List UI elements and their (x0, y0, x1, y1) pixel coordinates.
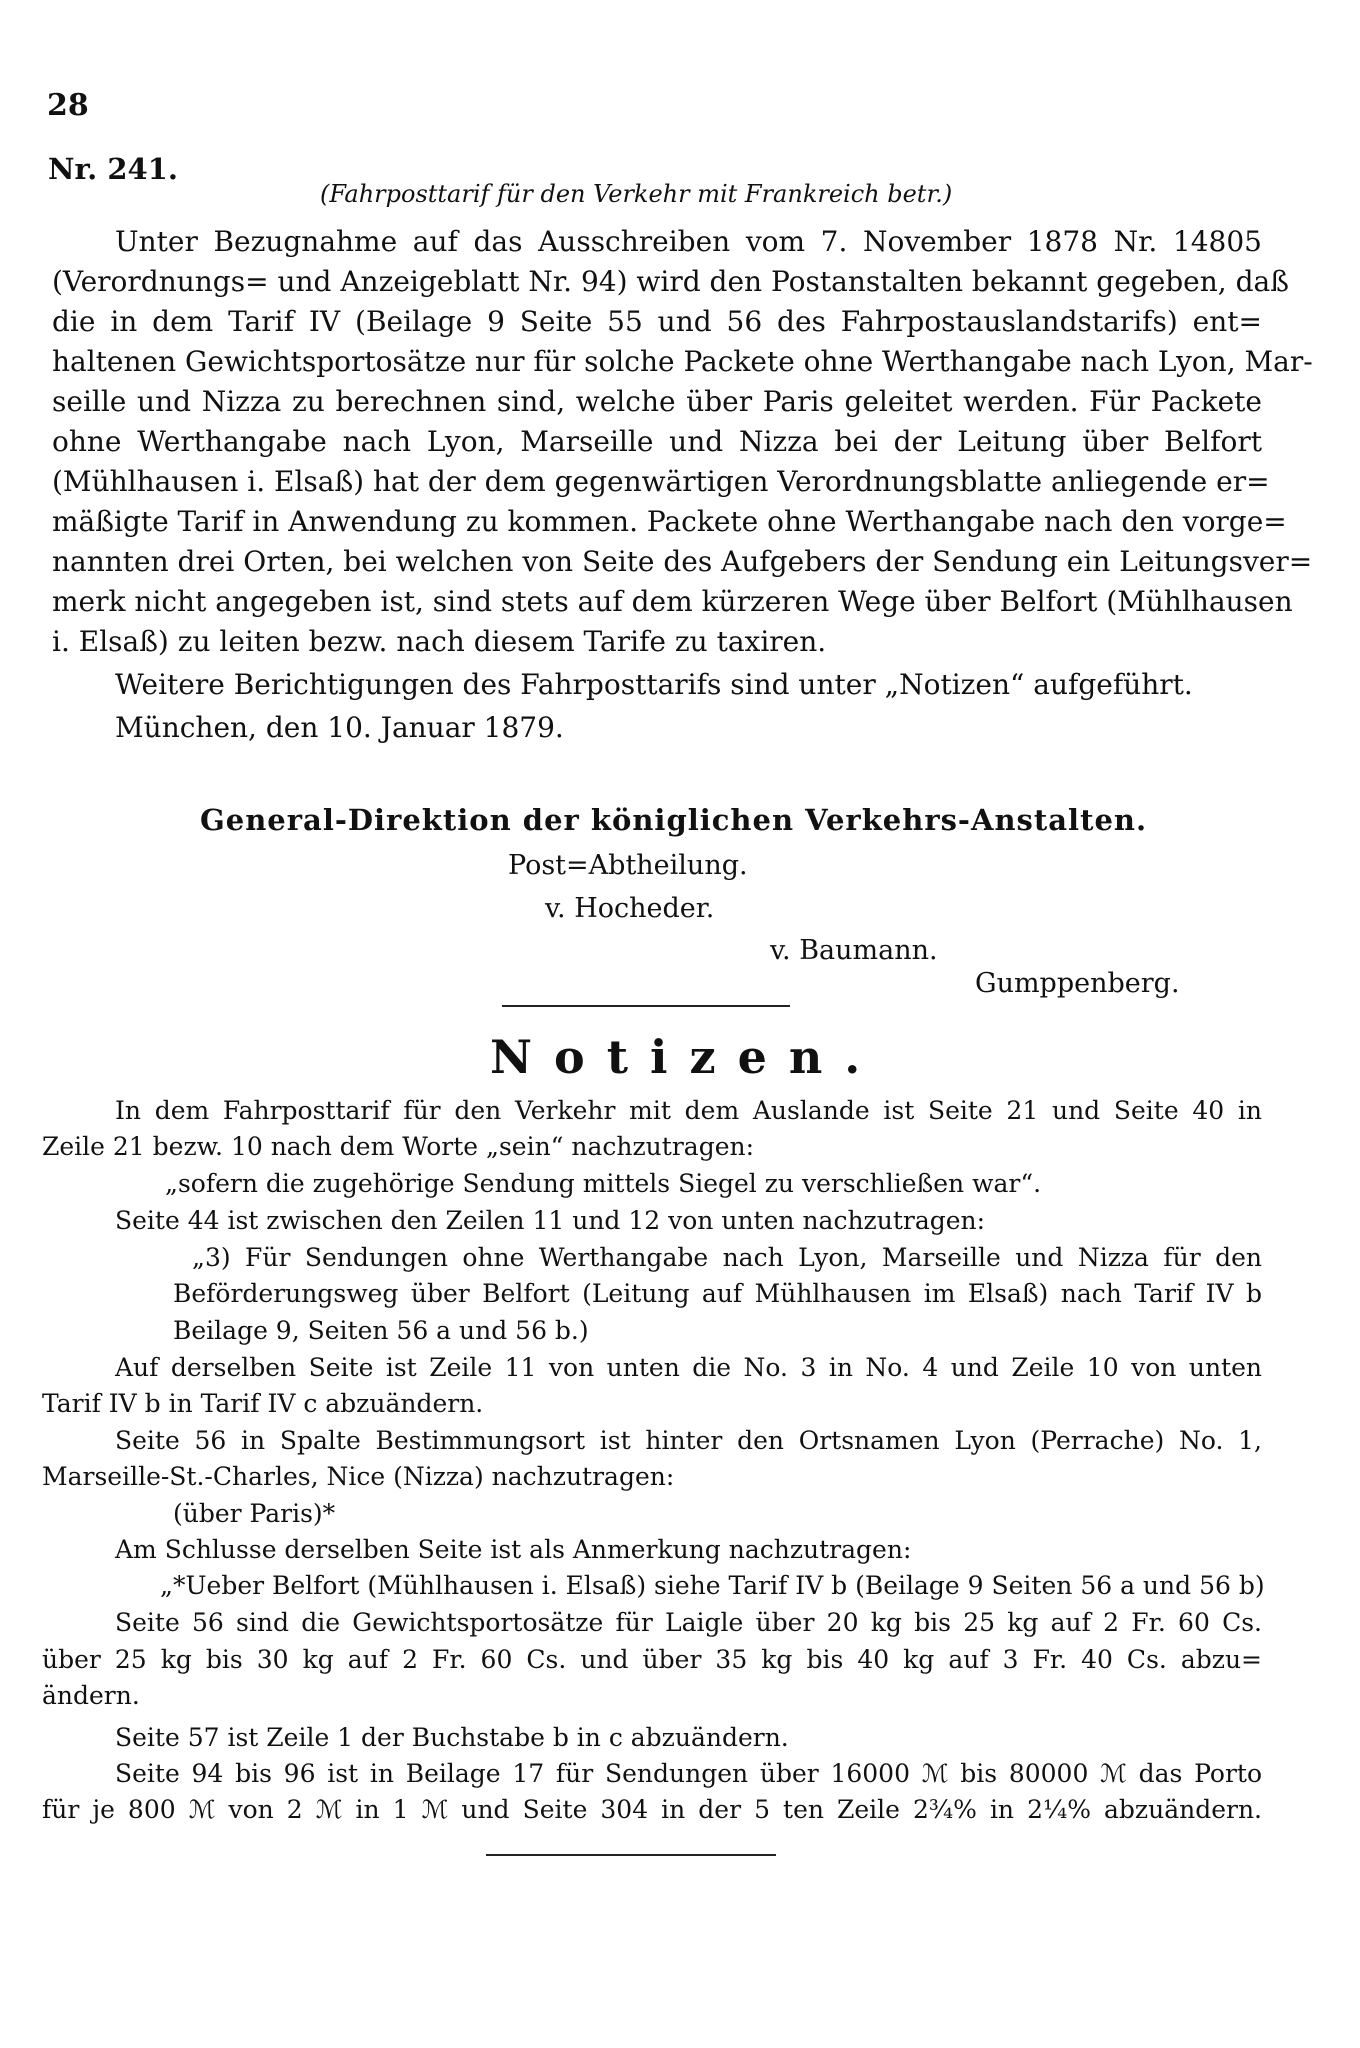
notiz-line: Seite 56 sind die Gewichtsportosätze für… (115, 1605, 1262, 1641)
end-divider (486, 1854, 776, 1856)
signer-baumann: v. Baumann. (770, 935, 938, 966)
issuing-authority: General-Direktion der königlichen Verkeh… (200, 803, 1147, 837)
notiz-line: Auf derselben Seite ist Zeile 11 von unt… (115, 1350, 1262, 1386)
body-line: Unter Bezugnahme auf das Ausschreiben vo… (115, 222, 1262, 262)
notiz-line: ändern. (42, 1678, 1262, 1714)
notiz-line: „*Ueber Belfort (Mühlhausen i. Elsaß) si… (160, 1568, 1262, 1604)
body-line: die in dem Tarif IV (Beilage 9 Seite 55 … (52, 302, 1262, 342)
body-line: i. Elsaß) zu leiten bezw. nach diesem Ta… (52, 622, 1262, 662)
notiz-line: Zeile 21 bezw. 10 nach dem Worte „sein“ … (42, 1129, 1262, 1165)
notiz-line: Seite 56 in Spalte Bestimmungsort ist hi… (115, 1423, 1262, 1459)
notiz-line: Seite 57 ist Zeile 1 der Buchstabe b in … (115, 1720, 1262, 1756)
notiz-line: Marseille-St.-Charles, Nice (Nizza) nach… (42, 1459, 1262, 1495)
notice-number: Nr. 241. (48, 152, 178, 186)
body-line: nannten drei Orten, bei welchen von Seit… (52, 542, 1262, 582)
signer-gumppenberg: Gumppenberg. (975, 968, 1180, 999)
further-note: Weitere Berichtigungen des Fahrposttarif… (115, 665, 1262, 705)
notiz-line: Seite 44 ist zwischen den Zeilen 11 und … (115, 1203, 1262, 1239)
page-number: 28 (47, 88, 89, 123)
body-line: (Verordnungs= und Anzeigeblatt Nr. 94) w… (52, 262, 1262, 302)
body-line: merk nicht angegeben ist, sind stets auf… (52, 582, 1262, 622)
body-line: seille und Nizza zu berechnen sind, welc… (52, 382, 1262, 422)
notiz-line: (über Paris)* (173, 1496, 1262, 1532)
section-divider (502, 1005, 790, 1007)
notiz-line: Seite 94 bis 96 ist in Beilage 17 für Se… (115, 1756, 1262, 1792)
department: Post=Abtheilung. (508, 850, 748, 881)
notiz-line: In dem Fahrposttarif für den Verkehr mit… (115, 1093, 1262, 1129)
notiz-line: für je 800 ℳ von 2 ℳ in 1 ℳ und Seite 30… (42, 1792, 1262, 1828)
notiz-line: über 25 kg bis 30 kg auf 2 Fr. 60 Cs. un… (42, 1642, 1262, 1678)
body-line: (Mühlhausen i. Elsaß) hat der dem gegenw… (52, 462, 1262, 502)
notiz-line: Am Schlusse derselben Seite ist als Anme… (115, 1532, 1262, 1568)
notiz-line: Beilage 9, Seiten 56 a und 56 b.) (173, 1313, 1262, 1349)
notiz-line: „sofern die zugehörige Sendung mittels S… (165, 1166, 1254, 1202)
body-line: ohne Werthangabe nach Lyon, Marseille un… (52, 422, 1262, 462)
notiz-line: Beförderungsweg über Belfort (Leitung au… (173, 1276, 1262, 1312)
date-line: München, den 10. Januar 1879. (115, 708, 1262, 748)
body-line: mäßigte Tarif in Anwendung zu kommen. Pa… (52, 502, 1262, 542)
signer-hocheder: v. Hocheder. (545, 893, 714, 924)
notice-subject: (Fahrposttarif für den Verkehr mit Frank… (320, 180, 952, 208)
body-line: haltenen Gewichtsportosätze nur für solc… (52, 342, 1262, 382)
notizen-heading: Notizen. (490, 1030, 882, 1084)
notiz-line: „3) Für Sendungen ohne Werthangabe nach … (192, 1240, 1262, 1276)
notiz-line: Tarif IV b in Tarif IV c abzuändern. (42, 1386, 1262, 1422)
